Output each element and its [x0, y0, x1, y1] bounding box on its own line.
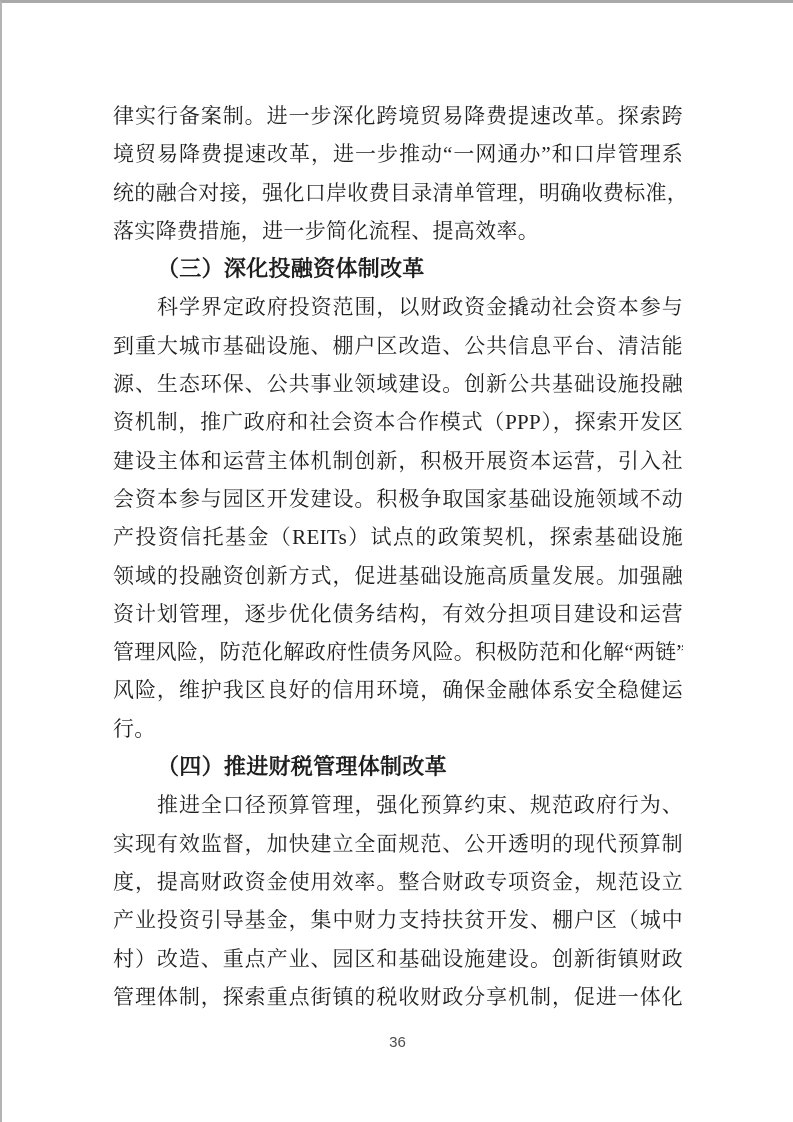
text-line: 会资本参与园区开发建设。积极争取国家基础设施领域不动 [113, 480, 683, 518]
text-line: 落实降费措施，进一步简化流程、提高效率。 [113, 212, 683, 250]
document-body: 律实行备案制。进一步深化跨境贸易降费提速改革。探索跨 境贸易降费提速改革，进一步… [113, 97, 683, 1016]
text-line: 到重大城市基础设施、棚户区改造、公共信息平台、清洁能 [113, 327, 683, 365]
text-line: 村）改造、重点产业、园区和基础设施建设。创新街镇财政 [113, 940, 683, 978]
text-line: 管理体制，探索重点街镇的税收财政分享机制，促进一体化 [113, 978, 683, 1016]
text-line: 实现有效监督，加快建立全面规范、公开透明的现代预算制 [113, 825, 683, 863]
text-line: 度，提高财政资金使用效率。整合财政专项资金，规范设立 [113, 863, 683, 901]
text-line: 风险，维护我区良好的信用环境，确保金融体系安全稳健运 [113, 671, 683, 709]
text-line: 统的融合对接，强化口岸收费目录清单管理，明确收费标准， [113, 174, 683, 212]
text-line: 建设主体和运营主体机制创新，积极开展资本运营，引入社 [113, 442, 683, 480]
text-line: 推进全口径预算管理，强化预算约束、规范政府行为、 [113, 786, 683, 824]
text-line: 境贸易降费提速改革，进一步推动“一网通办”和口岸管理系 [113, 135, 683, 173]
section-heading-3: （三）深化投融资体制改革 [113, 250, 683, 288]
text-line: 产投资信托基金（REITs）试点的政策契机，探索基础设施 [113, 518, 683, 556]
text-line: 资计划管理，逐步优化债务结构，有效分担项目建设和运营 [113, 595, 683, 633]
document-page: 律实行备案制。进一步深化跨境贸易降费提速改革。探索跨 境贸易降费提速改革，进一步… [0, 0, 793, 1122]
page-number: 36 [2, 1034, 793, 1051]
section-heading-4: （四）推进财税管理体制改革 [113, 748, 683, 786]
text-line: 资机制，推广政府和社会资本合作模式（PPP），探索开发区 [113, 403, 683, 441]
text-line: 产业投资引导基金，集中财力支持扶贫开发、棚户区（城中 [113, 901, 683, 939]
text-line: 领域的投融资创新方式，促进基础设施高质量发展。加强融 [113, 557, 683, 595]
text-line: 律实行备案制。进一步深化跨境贸易降费提速改革。探索跨 [113, 97, 683, 135]
text-line: 科学界定政府投资范围，以财政资金撬动社会资本参与 [113, 288, 683, 326]
text-line: 行。 [113, 710, 683, 748]
text-line: 管理风险，防范化解政府性债务风险。积极防范和化解“两链” [113, 633, 683, 671]
text-line: 源、生态环保、公共事业领域建设。创新公共基础设施投融 [113, 365, 683, 403]
